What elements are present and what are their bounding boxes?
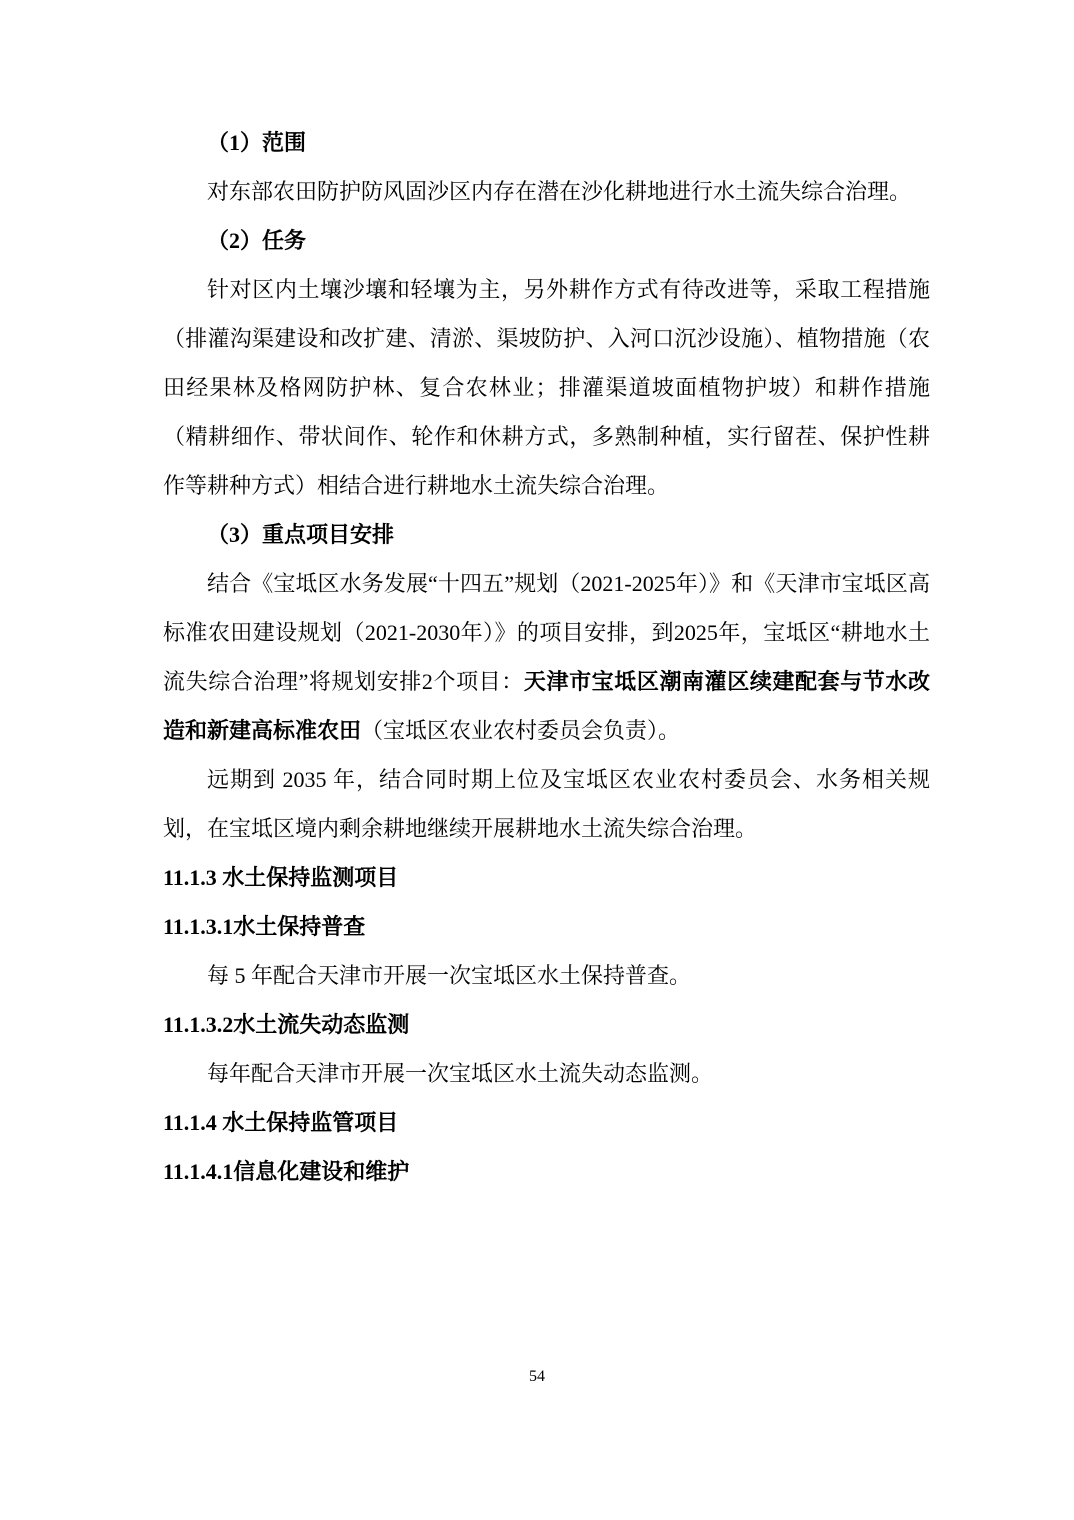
text-run: （宝坻区农业农村委员会负责）。 <box>361 718 680 743</box>
bold-text-run: （2）任务 <box>207 228 306 253</box>
text-run: 每年配合天津市开展一次宝坻区水土流失动态监测。 <box>207 1061 713 1086</box>
sub-heading: （2）任务 <box>163 216 930 265</box>
page-number: 54 <box>0 1366 1074 1388</box>
document-page: （1）范围对东部农田防护防风固沙区内存在潜在沙化耕地进行水土流失综合治理。（2）… <box>0 0 1074 1520</box>
text-run: 每 5 年配合天津市开展一次宝坻区水土保持普查。 <box>207 963 691 988</box>
paragraph: 每 5 年配合天津市开展一次宝坻区水土保持普查。 <box>163 951 930 1000</box>
paragraph: 结合《宝坻区水务发展“十四五”规划（2021-2025年）》和《天津市宝坻区高标… <box>163 559 930 755</box>
document-content: （1）范围对东部农田防护防风固沙区内存在潜在沙化耕地进行水土流失综合治理。（2）… <box>163 118 930 1196</box>
bold-text-run: 11.1.4 水土保持监管项目 <box>163 1110 398 1135</box>
numbered-section-heading: 11.1.3.2水土流失动态监测 <box>163 1000 930 1049</box>
paragraph: 针对区内土壤沙壤和轻壤为主，另外耕作方式有待改进等，采取工程措施（排灌沟渠建设和… <box>163 265 930 510</box>
bold-text-run: 11.1.3 水土保持监测项目 <box>163 865 398 890</box>
bold-text-run: 11.1.3.2水土流失动态监测 <box>163 1012 409 1037</box>
text-run: 对东部农田防护防风固沙区内存在潜在沙化耕地进行水土流失综合治理。 <box>207 179 911 204</box>
sub-heading: （3）重点项目安排 <box>163 510 930 559</box>
paragraph: 对东部农田防护防风固沙区内存在潜在沙化耕地进行水土流失综合治理。 <box>163 167 930 216</box>
numbered-section-heading: 11.1.4 水土保持监管项目 <box>163 1098 930 1147</box>
sub-heading: （1）范围 <box>163 118 930 167</box>
paragraph: 远期到 2035 年，结合同时期上位及宝坻区农业农村委员会、水务相关规划，在宝坻… <box>163 755 930 853</box>
bold-text-run: 11.1.3.1水土保持普查 <box>163 914 365 939</box>
numbered-section-heading: 11.1.4.1信息化建设和维护 <box>163 1147 930 1196</box>
text-run: 针对区内土壤沙壤和轻壤为主，另外耕作方式有待改进等，采取工程措施（排灌沟渠建设和… <box>163 277 930 498</box>
bold-text-run: （3）重点项目安排 <box>207 522 394 547</box>
bold-text-run: 11.1.4.1信息化建设和维护 <box>163 1159 409 1184</box>
numbered-section-heading: 11.1.3.1水土保持普查 <box>163 902 930 951</box>
numbered-section-heading: 11.1.3 水土保持监测项目 <box>163 853 930 902</box>
paragraph: 每年配合天津市开展一次宝坻区水土流失动态监测。 <box>163 1049 930 1098</box>
bold-text-run: （1）范围 <box>207 130 306 155</box>
text-run: 远期到 2035 年，结合同时期上位及宝坻区农业农村委员会、水务相关规划，在宝坻… <box>163 767 930 841</box>
